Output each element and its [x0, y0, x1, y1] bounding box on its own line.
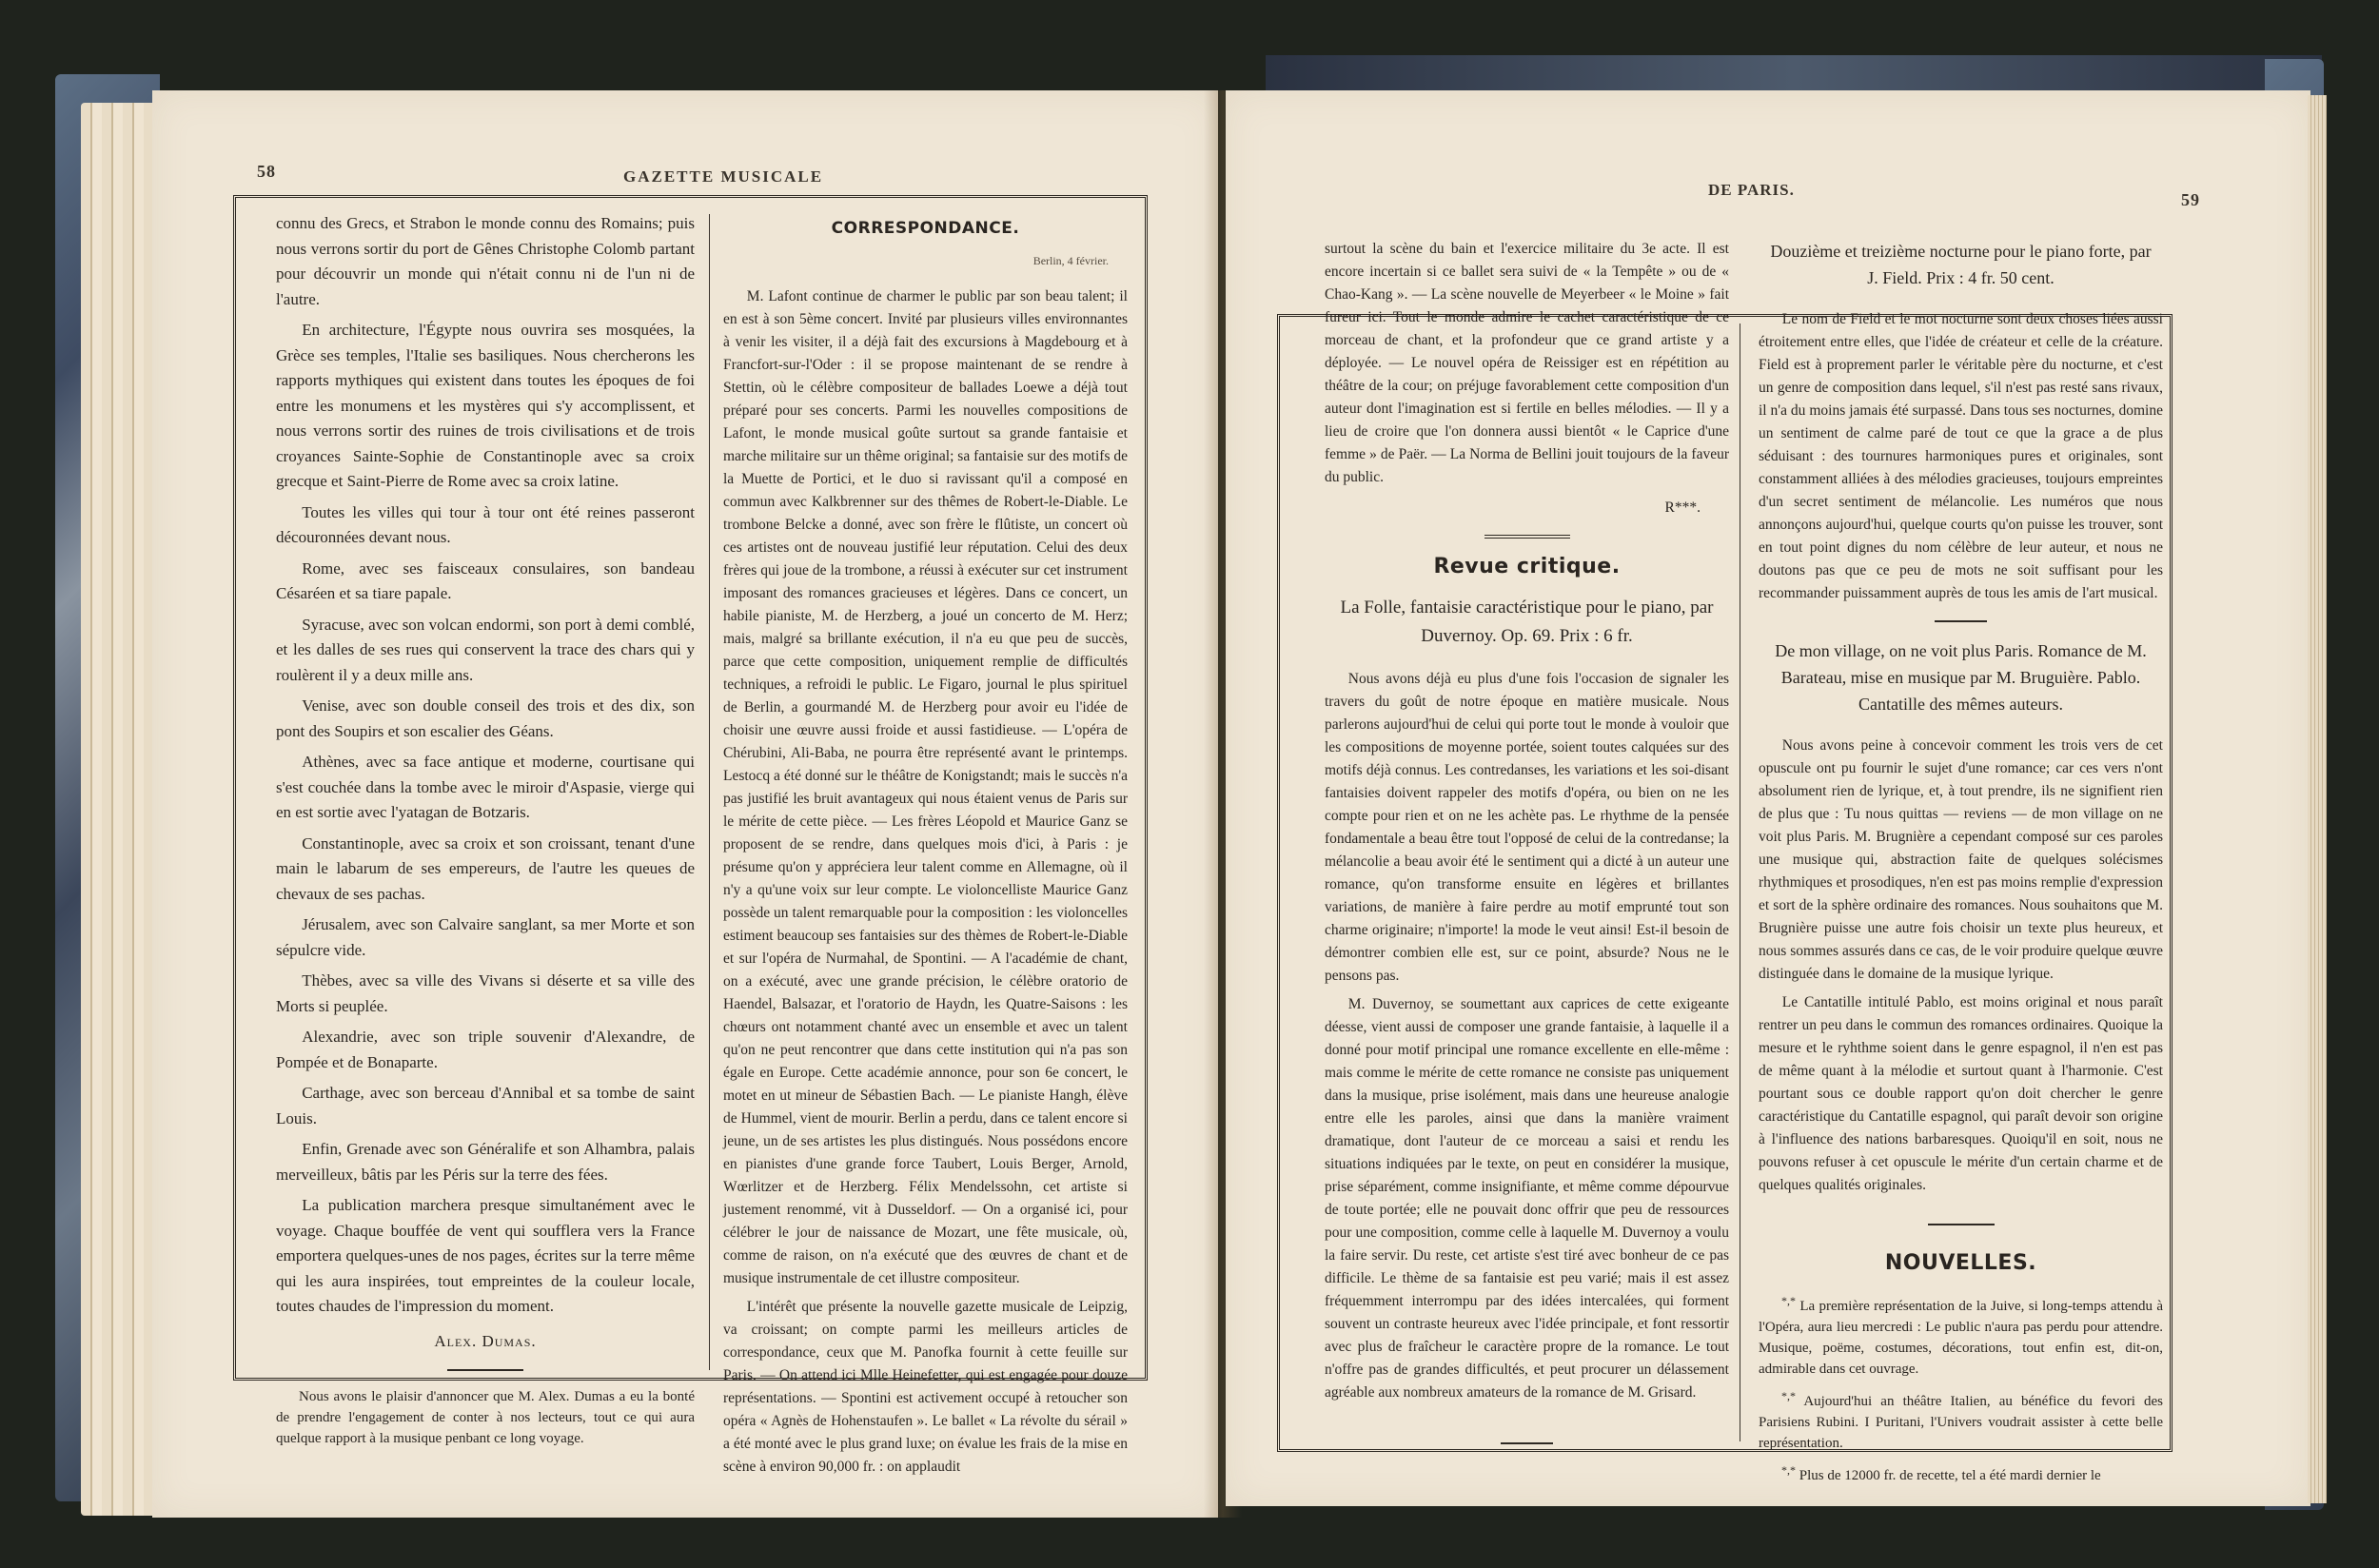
- column-rule-right: [1740, 323, 1740, 1441]
- paragraph: Venise, avec son double conseil des troi…: [276, 694, 695, 744]
- review-title-la-folle: La Folle, fantaisie caractéristique pour…: [1330, 594, 1723, 651]
- signature-r: R***.: [1325, 497, 1701, 519]
- paragraph: Alexandrie, avec son triple souvenir d'A…: [276, 1025, 695, 1075]
- left-page-column-1: connu des Grecs, et Strabon le monde con…: [276, 211, 695, 1455]
- paragraph: Le nom de Field et le mot nocturne sont …: [1759, 308, 2163, 605]
- paragraph: Thèbes, avec sa ville des Vivans si dése…: [276, 969, 695, 1019]
- news-text: Plus de 12000 fr. de recette, tel a été …: [1799, 1468, 2101, 1483]
- book-cover-top: [1266, 55, 2322, 93]
- news-text: Aujourd'hui an théâtre Italien, au bénéf…: [1759, 1394, 2163, 1451]
- page-edges-right: [2308, 95, 2327, 1503]
- notice-paragraph: Nous avons le plaisir d'annoncer que M. …: [276, 1386, 695, 1449]
- section-divider: [1928, 1224, 1995, 1225]
- asterism-icon: *,*: [1781, 1463, 1796, 1477]
- paragraph: En architecture, l'Égypte nous ouvrira s…: [276, 318, 695, 495]
- paragraph: Athènes, avec sa face antique et moderne…: [276, 750, 695, 826]
- page-edges-left: [81, 103, 162, 1516]
- news-text: La première représentation de la Juive, …: [1759, 1299, 2163, 1377]
- review-title-field: Douzième et treizième nocturne pour le p…: [1764, 238, 2157, 291]
- news-item: *,* Plus de 12000 fr. de recette, tel a …: [1759, 1460, 2163, 1486]
- paragraph: Le Cantatille intitulé Pablo, est moins …: [1759, 991, 2163, 1197]
- paragraph: Enfin, Grenade avec son Généralife et so…: [276, 1137, 695, 1187]
- asterism-icon: *,*: [1781, 1294, 1796, 1307]
- running-head-left: GAZETTE MUSICALE: [623, 167, 823, 186]
- paragraph: L'intérêt que présente la nouvelle gazet…: [723, 1296, 1128, 1479]
- paragraph: connu des Grecs, et Strabon le monde con…: [276, 211, 695, 312]
- review-title-village: De mon village, on ne voit plus Paris. R…: [1764, 637, 2157, 717]
- paragraph: La publication marchera presque simultan…: [276, 1193, 695, 1320]
- right-page-column-1: surtout la scène du bain et l'exercice m…: [1325, 238, 1729, 1460]
- news-item: *,* La première représentation de la Jui…: [1759, 1290, 2163, 1380]
- section-divider: [1935, 620, 1987, 622]
- signature-dumas: Alex. Dumas.: [276, 1329, 695, 1355]
- paragraph: Constantinople, avec sa croix et son cro…: [276, 832, 695, 908]
- right-page-column-2: Douzième et treizième nocturne pour le p…: [1759, 238, 2163, 1492]
- left-page-column-2: CORRESPONDANCE. Berlin, 4 février. M. La…: [723, 211, 1128, 1484]
- paragraph: M. Lafont continue de charmer le public …: [723, 285, 1128, 1290]
- section-divider: [1484, 535, 1570, 539]
- heading-nouvelles: NOUVELLES.: [1759, 1252, 2163, 1275]
- continuation-paragraph: surtout la scène du bain et l'exercice m…: [1325, 238, 1729, 489]
- page-number-left: 58: [257, 162, 276, 182]
- paragraph: Jérusalem, avec son Calvaire sanglant, s…: [276, 912, 695, 963]
- page-number-right: 59: [2181, 190, 2200, 210]
- section-divider: [447, 1369, 523, 1371]
- paragraph: Rome, avec ses faisceaux consulaires, so…: [276, 557, 695, 607]
- paragraph: M. Duvernoy, se soumettant aux caprices …: [1325, 993, 1729, 1404]
- paragraph: Nous avons peine à concevoir comment les…: [1759, 735, 2163, 986]
- dateline: Berlin, 4 février.: [723, 249, 1109, 272]
- paragraph: Nous avons déjà eu plus d'une fois l'occ…: [1325, 668, 1729, 988]
- heading-revue-critique: Revue critique.: [1325, 556, 1729, 578]
- news-item: *,* Aujourd'hui an théâtre Italien, au b…: [1759, 1385, 2163, 1454]
- paragraph: Syracuse, avec son volcan endormi, son p…: [276, 613, 695, 689]
- column-rule-left: [709, 214, 710, 1370]
- paragraph: Carthage, avec son berceau d'Annibal et …: [276, 1081, 695, 1131]
- section-divider: [1501, 1442, 1553, 1444]
- asterism-icon: *,*: [1781, 1389, 1796, 1402]
- heading-correspondance: CORRESPONDANCE.: [723, 217, 1128, 240]
- paragraph: Toutes les villes qui tour à tour ont ét…: [276, 500, 695, 551]
- running-head-right: DE PARIS.: [1708, 181, 1795, 200]
